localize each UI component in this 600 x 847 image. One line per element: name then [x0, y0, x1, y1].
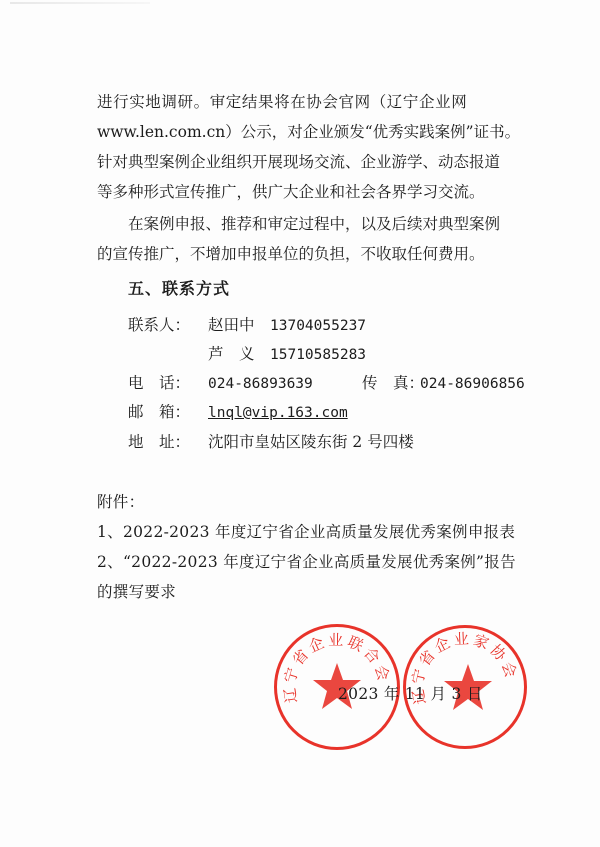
- contact-name-2: 芦 义: [208, 344, 260, 364]
- contact-row-address: 地 址：沈阳市皇姑区陵东街 2 号四楼: [128, 432, 414, 452]
- attachment-item-2-continued: 的撰写要求: [97, 582, 176, 602]
- paragraph-2-line-1: 在案例申报、推荐和审定过程中，以及后续对典型案例: [128, 214, 548, 234]
- tel-value: 024-86893639: [208, 374, 348, 394]
- address-value: 沈阳市皇姑区陵东街 2 号四楼: [208, 432, 414, 452]
- attachments-title: 附件：: [97, 492, 144, 512]
- address-label: 地 址：: [128, 432, 208, 452]
- contact-row-email: 邮 箱：lnql@vip.163.com: [128, 402, 348, 423]
- fax-label: 传 真：: [362, 373, 420, 393]
- email-link[interactable]: lnql@vip.163.com: [208, 403, 348, 423]
- contact-phone-2: 15710585283: [270, 345, 366, 365]
- scan-artifact: [10, 2, 150, 4]
- attachment-item-2: 2、“2022-2023 年度辽宁省企业高质量发展优秀案例”报告: [97, 552, 516, 572]
- paragraph-1-line-1: 进行实地调研。审定结果将在协会官网（辽宁企业网: [97, 92, 517, 112]
- section-heading-contact: 五、联系方式: [128, 279, 230, 299]
- contact-row-person-2: 芦 义15710585283: [128, 344, 366, 365]
- contact-name-1: 赵田中: [208, 315, 260, 335]
- attachment-item-1: 1、2022-2023 年度辽宁省企业高质量发展优秀案例申报表: [97, 522, 515, 542]
- fax-value: 024-86906856: [420, 374, 525, 394]
- contact-row-person-1: 联系人：赵田中13704055237: [128, 315, 366, 336]
- document-date: 2023 年 11 月 3 日: [338, 684, 483, 704]
- paragraph-1-line-2: www.len.com.cn）公示，对企业颁发“优秀实践案例”证书。: [97, 122, 517, 142]
- paragraph-2-line-2: 的宣传推广，不增加申报单位的负担，不收取任何费用。: [97, 244, 517, 264]
- contact-row-tel-fax: 电 话：024-86893639传 真：024-86906856: [128, 373, 525, 394]
- contact-label: 联系人：: [128, 315, 208, 335]
- contact-phone-1: 13704055237: [270, 316, 366, 336]
- paragraph-1-line-4: 等多种形式宣传推广，供广大企业和社会各界学习交流。: [97, 182, 517, 202]
- tel-label: 电 话：: [128, 373, 208, 393]
- email-label: 邮 箱：: [128, 402, 208, 422]
- paragraph-1-line-3: 针对典型案例企业组织开展现场交流、企业游学、动态报道: [97, 152, 517, 172]
- document-page: 进行实地调研。审定结果将在协会官网（辽宁企业网 www.len.com.cn）公…: [0, 0, 600, 847]
